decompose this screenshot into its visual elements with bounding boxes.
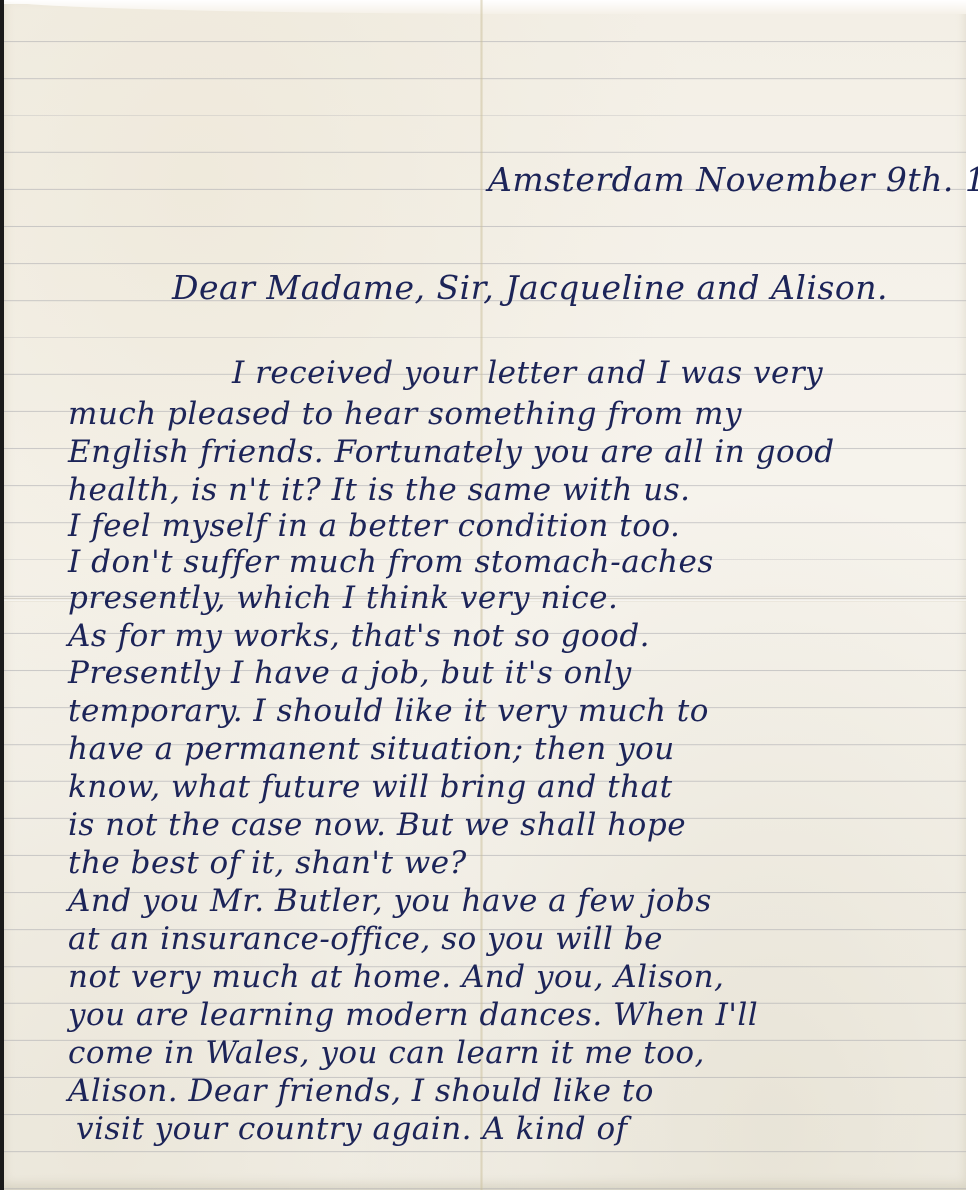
body-line: you are learning modern dances. When I'l… (68, 997, 758, 1033)
body-line: I don't suffer much from stomach-aches (68, 544, 714, 580)
body-line: I received your letter and I was very (232, 355, 823, 391)
body-line: And you Mr. Butler, you have a few jobs (68, 883, 712, 919)
scan-bottom-margin (0, 1190, 978, 1200)
scan-left-border (0, 0, 4, 1200)
body-line: is not the case now. But we shall hope (68, 807, 686, 843)
body-line: the best of it, shan't we? (68, 845, 467, 881)
body-line: at an insurance-office, so you will be (68, 921, 663, 957)
letter-page: Amsterdam November 9th. 1952 Dear Madame… (0, 0, 978, 1200)
body-line: visit your country again. A kind of (76, 1111, 628, 1147)
body-line: presently, which I think very nice. (68, 580, 618, 616)
body-line: As for my works, that's not so good. (68, 618, 650, 654)
body-line: know, what future will bring and that (68, 769, 673, 805)
dateline: Amsterdam November 9th. 1952 (488, 160, 978, 199)
body-line: I feel myself in a better condition too. (68, 508, 680, 544)
body-line: not very much at home. And you, Alison, (68, 959, 724, 995)
body-line: Alison. Dear friends, I should like to (68, 1073, 654, 1109)
body-line: much pleased to hear something from my (68, 396, 742, 432)
body-line: have a permanent situation; then you (68, 731, 675, 767)
salutation: Dear Madame, Sir, Jacqueline and Alison. (172, 268, 888, 307)
body-line: come in Wales, you can learn it me too, (68, 1035, 705, 1071)
body-line: temporary. I should like it very much to (68, 693, 709, 729)
body-line: English friends. Fortunately you are all… (68, 434, 835, 470)
body-line: Presently I have a job, but it's only (68, 655, 632, 691)
body-line: health, is n't it? It is the same with u… (68, 472, 690, 508)
